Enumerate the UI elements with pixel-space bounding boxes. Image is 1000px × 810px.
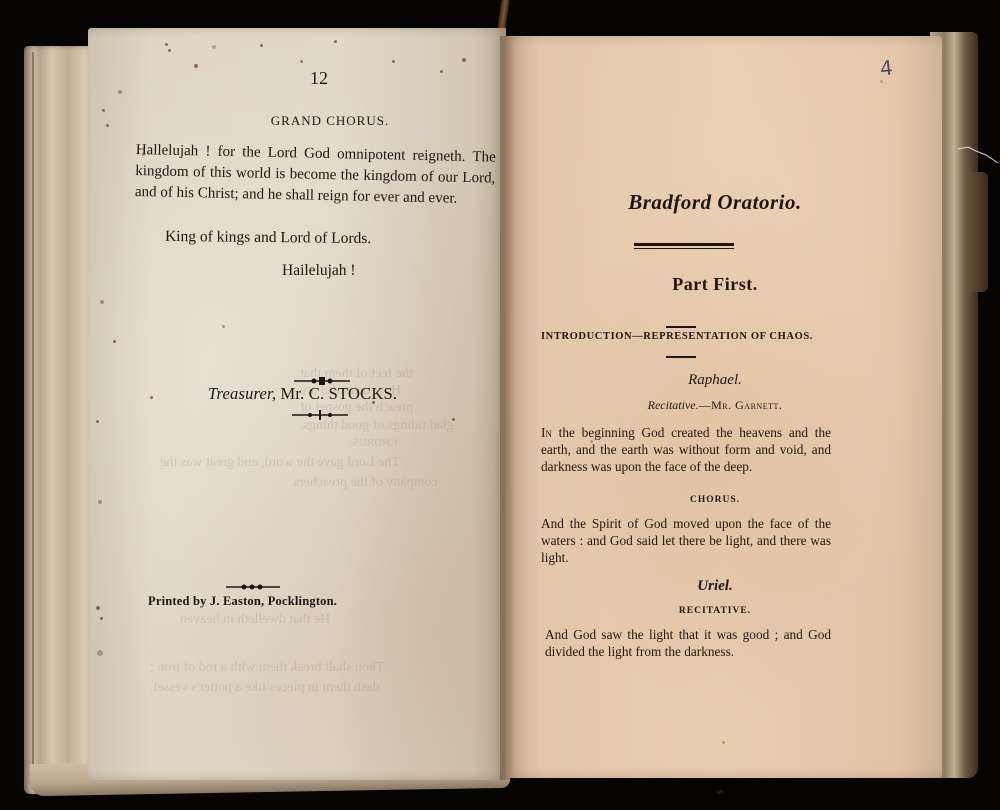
oratorio-title: Bradford Oratorio. <box>560 190 870 215</box>
book-gutter <box>500 36 514 780</box>
king-of-kings-line: King of kings and Lord of Lords. <box>165 228 371 248</box>
genesis-paragraph-1: In the beginning God created the heavens… <box>541 424 831 476</box>
chorus-heading: CHORUS. <box>560 495 870 505</box>
book-photograph: the feet of them that How beautiful are … <box>0 0 1000 810</box>
paragraph-text: the beginning God created the heavens an… <box>541 425 831 474</box>
ghost-line: glad tidings of good things. <box>300 418 454 434</box>
character-uriel: Uriel. <box>560 578 870 595</box>
section-heading: GRAND CHORUS. <box>170 113 490 129</box>
double-rule <box>634 243 734 249</box>
ghost-line: The Lord gave the word, and great was th… <box>160 455 400 471</box>
ghost-line: dash them in pieces like a potter's vess… <box>150 680 380 696</box>
treasurer-line: Treasurer, Mr. C. STOCKS. <box>208 384 397 404</box>
treasurer-label: Treasurer, <box>208 384 276 403</box>
chorus-paragraph: Hallelujah ! for the Lord God omnipotent… <box>135 140 496 211</box>
loose-thread-icon <box>958 143 1000 165</box>
ghost-line: CHORUS. <box>350 437 397 449</box>
performer-name: —Mr. Garnett. <box>699 398 783 412</box>
ornament-icon <box>224 582 282 592</box>
ghost-line: He that dwelleth in heaven <box>180 612 330 628</box>
genesis-paragraph-3: And God saw the light that it was good ;… <box>545 626 831 660</box>
ornament-icon <box>290 410 350 420</box>
recitative-heading: Recitative.—Mr. Garnett. <box>560 398 870 413</box>
page-number: 12 <box>310 68 328 89</box>
part-heading: Part First. <box>560 274 870 295</box>
recitative-heading-2: RECITATIVE. <box>560 606 870 616</box>
character-raphael: Raphael. <box>560 372 870 389</box>
ghost-line: company of the preachers. <box>290 475 438 491</box>
treasurer-name: Mr. C. STOCKS. <box>281 384 398 403</box>
handwritten-page-number: 4 <box>879 55 894 80</box>
hallelujah-line: Hailelujah ! <box>282 262 356 280</box>
ghost-line: Thou shalt break them with a rod of iron… <box>150 660 384 676</box>
printer-imprint: Printed by J. Easton, Pocklington. <box>148 594 337 609</box>
recitative-label: Recitative. <box>648 398 699 412</box>
introduction-heading: INTRODUCTION—REPRESENTATION OF CHAOS. <box>541 331 813 342</box>
genesis-paragraph-2: And the Spirit of God moved upon the fac… <box>541 515 831 567</box>
drop-word: In <box>541 425 552 440</box>
short-rule <box>666 356 696 358</box>
short-rule <box>666 326 696 328</box>
